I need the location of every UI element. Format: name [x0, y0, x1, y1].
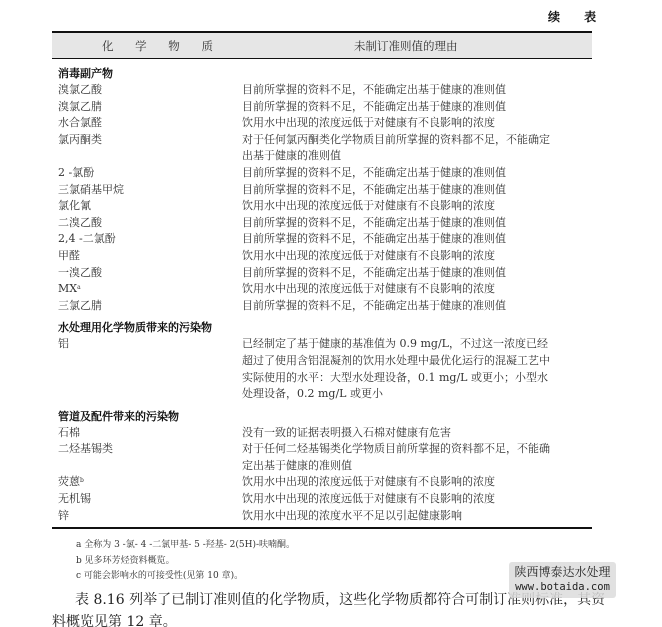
- reason-text: 饮用水中出现的浓度远低于对健康有不良影响的浓度: [242, 198, 554, 215]
- chemical-name: 甲醛: [58, 249, 80, 262]
- table-row: 无机锡饮用水中出现的浓度远低于对健康有不良影响的浓度: [52, 491, 592, 508]
- reason-text: 目前所掌握的资料不足，不能确定出基于健康的准则值: [242, 182, 554, 199]
- chemical-name: 氯化氰: [58, 199, 91, 212]
- chemical-name: 三氯硝基甲烷: [58, 183, 124, 196]
- watermark-url: www.botaida.com: [509, 580, 616, 595]
- table-row: 氯化氰饮用水中出现的浓度远低于对健康有不良影响的浓度: [52, 198, 592, 215]
- chemical-name: 锌: [58, 509, 69, 522]
- section-title: 水处理用化学物质带来的污染物: [52, 319, 592, 336]
- chemical-name: 三氯乙腈: [58, 299, 102, 312]
- continued-label: 续 表: [548, 8, 606, 25]
- header-chemical: 化 学 物 质: [52, 38, 242, 54]
- footnotes: a 全称为 3 -氯- 4 -二氯甲基- 5 -羟基- 2(5H)-呋喃酮。 b…: [76, 538, 295, 585]
- chemical-name: 氯丙酮类: [58, 133, 102, 146]
- table-row: 二溴乙酸目前所掌握的资料不足，不能确定出基于健康的准则值: [52, 215, 592, 232]
- table-row: 氯丙酮类对于任何氯丙酮类化学物质目前所掌握的资料都不足，不能确定出基于健康的准则…: [52, 132, 592, 165]
- reason-text: 饮用水中出现的浓度远低于对健康有不良影响的浓度: [242, 281, 554, 298]
- chemical-name: 石棉: [58, 426, 80, 439]
- chemical-name: 铝: [58, 337, 69, 350]
- chemical-name: 二烃基锡类: [58, 442, 113, 455]
- reason-text: 目前所掌握的资料不足，不能确定出基于健康的准则值: [242, 99, 554, 116]
- table-row: 溴氯乙酸目前所掌握的资料不足，不能确定出基于健康的准则值: [52, 82, 592, 99]
- chemical-name: 2,4 -二氯酚: [58, 232, 116, 245]
- table-row: 二烃基锡类对于任何二烃基锡类化学物质目前所掌握的资料都不足，不能确定出基于健康的…: [52, 441, 592, 474]
- table-header: 化 学 物 质 未制订准则值的理由: [52, 33, 592, 58]
- reason-text: 目前所掌握的资料不足，不能确定出基于健康的准则值: [242, 298, 554, 315]
- header-reason: 未制订准则值的理由: [242, 38, 592, 54]
- table-row: 石棉没有一致的证据表明摄入石棉对健康有危害: [52, 425, 592, 442]
- chemical-name: 水合氯醛: [58, 116, 102, 129]
- section-title: 消毒副产物: [52, 65, 592, 82]
- table-row: 2 -氯酚目前所掌握的资料不足，不能确定出基于健康的准则值: [52, 165, 592, 182]
- table-row: 甲醛饮用水中出现的浓度远低于对健康有不良影响的浓度: [52, 248, 592, 265]
- table-row: 铝已经制定了基于健康的基准值为 0.9 mg/L，不过这一浓度已经超过了使用含铝…: [52, 336, 592, 402]
- chemical-name: 溴氯乙腈: [58, 100, 102, 113]
- chemical-name: MX: [58, 282, 77, 295]
- watermark: 陕西博泰达水处理 www.botaida.com: [509, 562, 616, 598]
- table-row: 水合氯醛饮用水中出现的浓度远低于对健康有不良影响的浓度: [52, 115, 592, 132]
- reason-text: 已经制定了基于健康的基准值为 0.9 mg/L，不过这一浓度已经超过了使用含铝混…: [242, 336, 554, 402]
- reason-text: 没有一致的证据表明摄入石棉对健康有危害: [242, 425, 554, 442]
- reason-text: 目前所掌握的资料不足，不能确定出基于健康的准则值: [242, 231, 554, 248]
- reason-text: 饮用水中出现的浓度远低于对健康有不良影响的浓度: [242, 115, 554, 132]
- reason-text: 饮用水中出现的浓度远低于对健康有不良影响的浓度: [242, 248, 554, 265]
- table-row: 锌饮用水中出现的浓度水平不足以引起健康影响: [52, 508, 592, 525]
- reason-text: 目前所掌握的资料不足，不能确定出基于健康的准则值: [242, 82, 554, 99]
- table-bottom-rule: [52, 527, 592, 529]
- footnote-a: a 全称为 3 -氯- 4 -二氯甲基- 5 -羟基- 2(5H)-呋喃酮。: [76, 538, 295, 554]
- table-body: 消毒副产物 溴氯乙酸目前所掌握的资料不足，不能确定出基于健康的准则值 溴氯乙腈目…: [52, 59, 592, 527]
- chemical-name: 荧蒽: [58, 475, 80, 488]
- footnote-marker: b: [80, 477, 84, 484]
- table-row: 三氯硝基甲烷目前所掌握的资料不足，不能确定出基于健康的准则值: [52, 182, 592, 199]
- reason-text: 目前所掌握的资料不足，不能确定出基于健康的准则值: [242, 215, 554, 232]
- table-row: MXa饮用水中出现的浓度远低于对健康有不良影响的浓度: [52, 281, 592, 298]
- chemicals-table: 化 学 物 质 未制订准则值的理由 消毒副产物 溴氯乙酸目前所掌握的资料不足，不…: [52, 31, 592, 529]
- chemical-name: 2 -氯酚: [58, 166, 94, 179]
- table-row: 溴氯乙腈目前所掌握的资料不足，不能确定出基于健康的准则值: [52, 99, 592, 116]
- chemical-name: 溴氯乙酸: [58, 83, 102, 96]
- reason-text: 对于任何二烃基锡类化学物质目前所掌握的资料都不足，不能确定出基于健康的准则值: [242, 441, 554, 474]
- chemical-name: 一溴乙酸: [58, 266, 102, 279]
- table-row: 荧蒽b饮用水中出现的浓度远低于对健康有不良影响的浓度: [52, 474, 592, 491]
- section-title: 管道及配件带来的污染物: [52, 408, 592, 425]
- watermark-company: 陕西博泰达水处理: [509, 565, 616, 580]
- reason-text: 饮用水中出现的浓度水平不足以引起健康影响: [242, 508, 554, 525]
- table-row: 2,4 -二氯酚目前所掌握的资料不足，不能确定出基于健康的准则值: [52, 231, 592, 248]
- footnote-c: c 可能会影响水的可接受性(见第 10 章)。: [76, 569, 295, 585]
- footnote-b: b 见多环芳烃资料概览。: [76, 554, 295, 570]
- reason-text: 目前所掌握的资料不足，不能确定出基于健康的准则值: [242, 165, 554, 182]
- reason-text: 目前所掌握的资料不足，不能确定出基于健康的准则值: [242, 265, 554, 282]
- footnote-marker: a: [77, 284, 81, 291]
- reason-text: 饮用水中出现的浓度远低于对健康有不良影响的浓度: [242, 491, 554, 508]
- reason-text: 饮用水中出现的浓度远低于对健康有不良影响的浓度: [242, 474, 554, 491]
- chemical-name: 二溴乙酸: [58, 216, 102, 229]
- table-row: 三氯乙腈目前所掌握的资料不足，不能确定出基于健康的准则值: [52, 298, 592, 315]
- chemical-name: 无机锡: [58, 492, 91, 505]
- table-row: 一溴乙酸目前所掌握的资料不足，不能确定出基于健康的准则值: [52, 265, 592, 282]
- reason-text: 对于任何氯丙酮类化学物质目前所掌握的资料都不足，不能确定出基于健康的准则值: [242, 132, 554, 165]
